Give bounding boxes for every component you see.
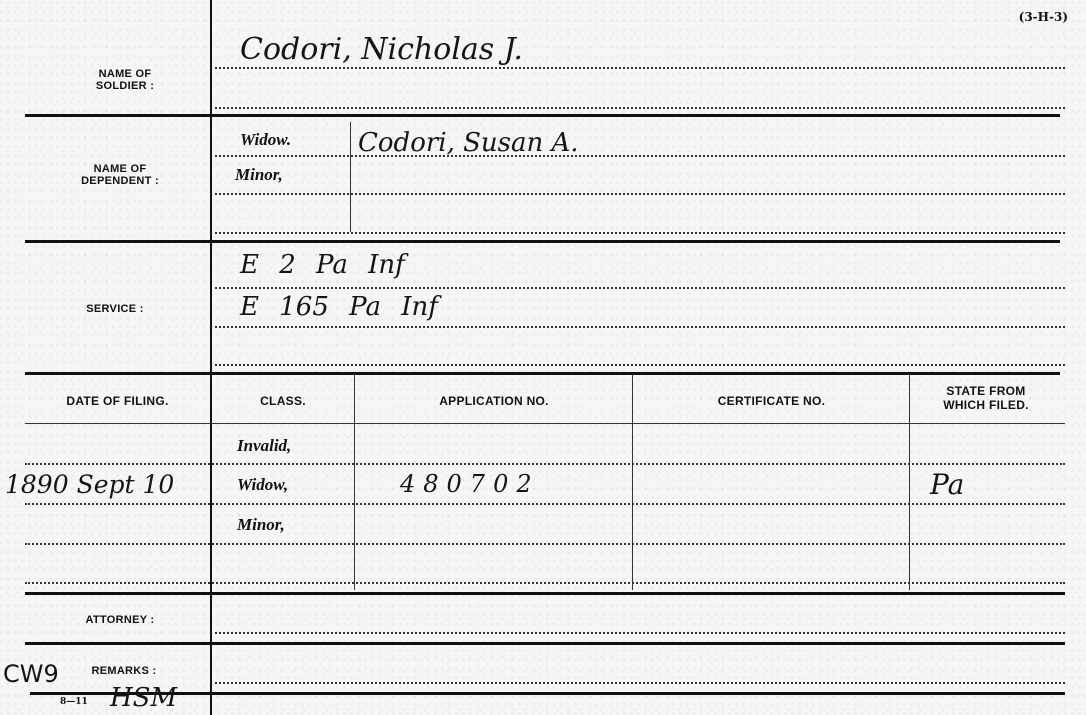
application-no-value: 480702 [400, 470, 540, 498]
form-code: (3-H-3) [1019, 10, 1068, 24]
section-rule [25, 592, 1065, 595]
dotted-rule [215, 326, 1065, 328]
dependent-type-minor: Minor, [235, 165, 283, 185]
main-divider [210, 0, 212, 715]
date-of-filing-value: 1890 Sept 10 [5, 470, 174, 499]
dotted-rule [215, 682, 1065, 684]
dotted-rule [25, 463, 1065, 465]
section-rule [25, 642, 1065, 645]
dotted-rule [215, 67, 1065, 69]
dependent-name: Codori, Susan A. [358, 128, 579, 158]
header-certificate-no: CERTIFICATE NO. [634, 394, 909, 408]
dotted-rule [215, 364, 1065, 366]
divider [909, 375, 910, 590]
dotted-rule [215, 193, 1065, 195]
service-line-1: E 2 Pa Inf [240, 250, 405, 280]
class-invalid: Invalid, [237, 436, 291, 456]
dotted-rule [215, 155, 1065, 157]
section-rule [25, 372, 1060, 375]
service-label: SERVICE : [60, 303, 170, 315]
dotted-rule [215, 287, 1065, 289]
section-rule [30, 692, 1065, 695]
dotted-rule [25, 582, 1065, 584]
soldier-label: NAME OF SOLDIER : [70, 68, 180, 92]
attorney-label: ATTORNEY : [60, 614, 180, 626]
soldier-name: Codori, Nicholas J. [240, 32, 523, 67]
pension-index-card: (3-H-3) NAME OF SOLDIER : Codori, Nichol… [0, 0, 1086, 715]
divider [632, 375, 633, 590]
dotted-rule [25, 543, 1065, 545]
header-class: CLASS. [212, 394, 354, 408]
dotted-rule [215, 232, 1065, 234]
state-value: Pa [930, 468, 964, 501]
section-rule [25, 240, 1060, 243]
margin-note-bottom: HSM [110, 683, 177, 713]
header-rule [25, 423, 1065, 424]
dotted-rule [215, 632, 1065, 634]
dotted-rule [25, 503, 1065, 505]
divider [350, 122, 351, 232]
dependent-label: NAME OF DEPENDENT : [55, 163, 185, 187]
print-code: 8—11 [60, 697, 88, 707]
section-rule [25, 114, 1060, 117]
dotted-rule [215, 107, 1065, 109]
class-minor: Minor, [237, 515, 285, 535]
margin-note-left: CW9 [3, 660, 59, 688]
header-application-no: APPLICATION NO. [356, 394, 632, 408]
header-state: STATE FROM WHICH FILED. [911, 384, 1061, 412]
header-date-of-filing: DATE OF FILING. [25, 394, 210, 408]
class-widow: Widow, [237, 475, 288, 495]
service-line-2: E 165 Pa Inf [240, 292, 438, 322]
dependent-type-widow: Widow. [240, 130, 291, 150]
remarks-label: REMARKS : [68, 665, 180, 677]
divider [354, 375, 355, 590]
